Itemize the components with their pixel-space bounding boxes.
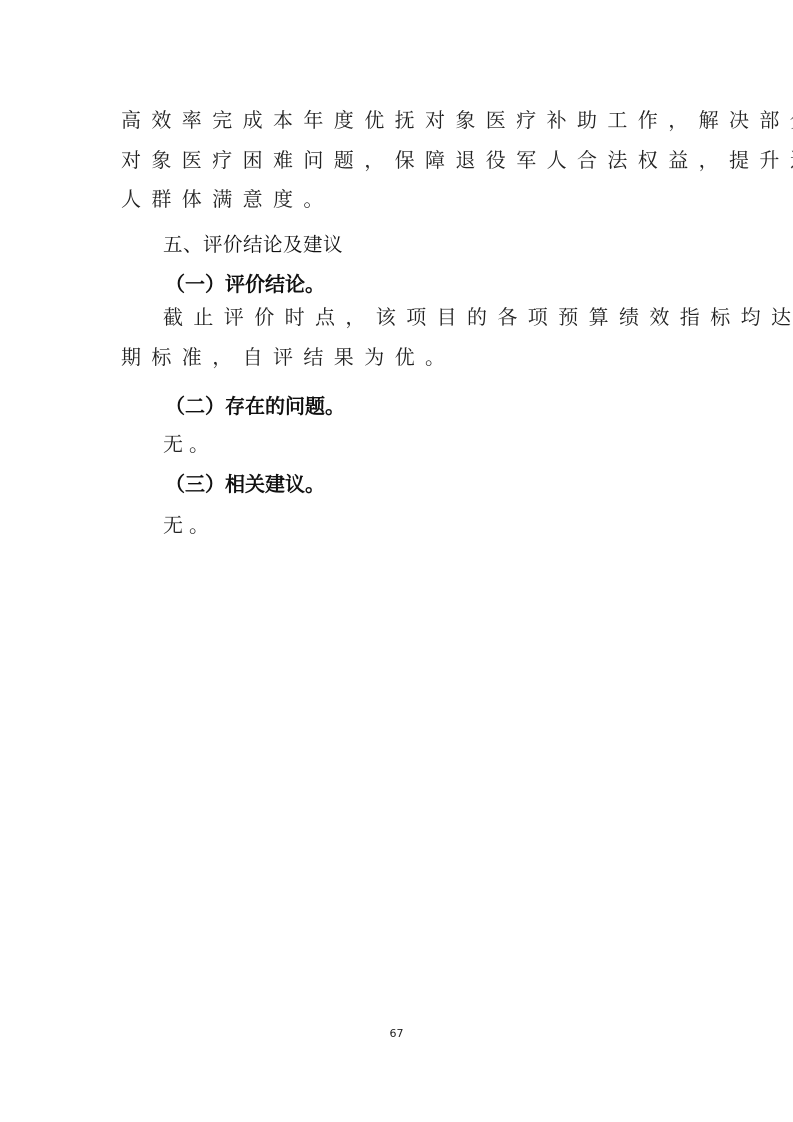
suggestions-body: 无。 bbox=[163, 509, 215, 538]
continuation-paragraph: 高效率完成本年度优抚对象医疗补助工作，解决部分优抚 对象医疗困难问题，保障退役军… bbox=[121, 101, 681, 220]
paragraph-line: 高效率完成本年度优抚对象医疗补助工作，解决部分优抚 bbox=[121, 101, 681, 141]
problems-body: 无。 bbox=[163, 428, 215, 457]
paragraph-line: 截止评价时点，该项目的各项预算绩效指标均达到预 bbox=[121, 298, 681, 338]
subsection-heading-conclusion: （一）评价结论。 bbox=[165, 268, 325, 297]
subsection-heading-problems: （二）存在的问题。 bbox=[165, 390, 345, 419]
subsection-heading-suggestions: （三）相关建议。 bbox=[165, 468, 325, 497]
section-heading: 五、评价结论及建议 bbox=[163, 229, 343, 257]
conclusion-paragraph: 截止评价时点，该项目的各项预算绩效指标均达到预 期标准，自评结果为优。 bbox=[121, 298, 681, 377]
paragraph-line: 人群体满意度。 bbox=[121, 180, 681, 220]
paragraph-line: 期标准，自评结果为优。 bbox=[121, 338, 681, 378]
page-number: 67 bbox=[0, 1027, 793, 1040]
paragraph-line: 对象医疗困难问题，保障退役军人合法权益，提升退役军 bbox=[121, 141, 681, 181]
document-page: 高效率完成本年度优抚对象医疗补助工作，解决部分优抚 对象医疗困难问题，保障退役军… bbox=[0, 0, 793, 1122]
